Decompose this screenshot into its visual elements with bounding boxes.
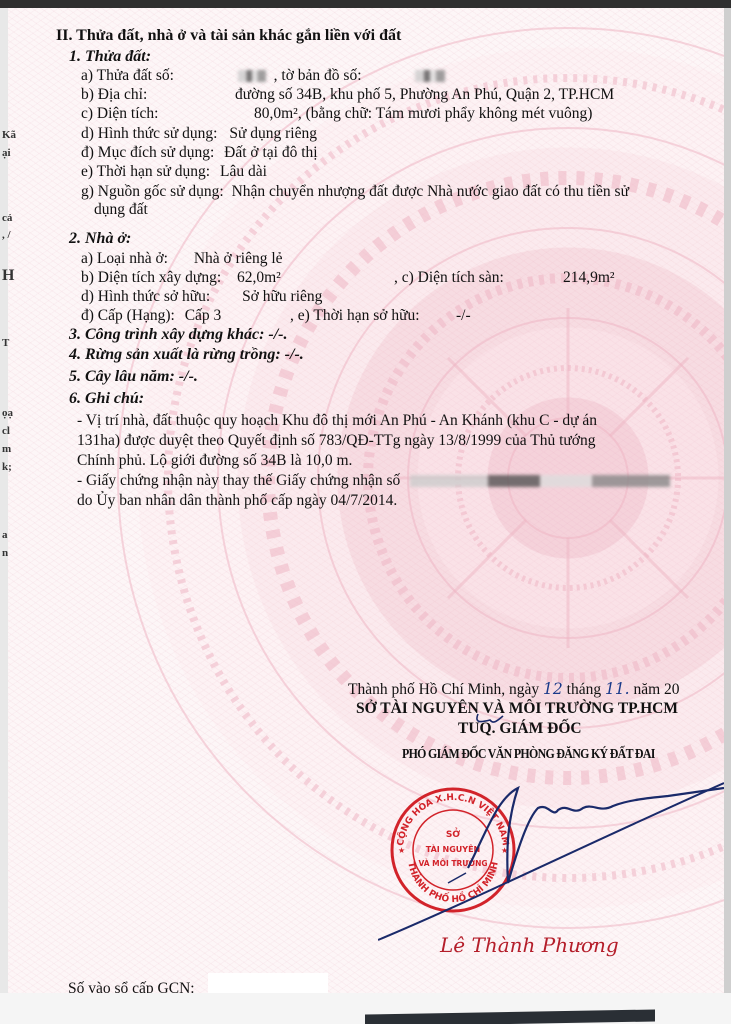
origin-label: g) Nguồn gốc sử dụng: <box>81 183 224 200</box>
other-construction: 3. Công trình xây dựng khác: -/-. <box>69 326 288 344</box>
land-heading: 1. Thửa đất: <box>69 48 151 66</box>
origin-value-continued: dụng đất <box>94 201 148 219</box>
grade-value: Cấp 3 <box>185 307 222 324</box>
map-sheet-redacted <box>415 70 445 82</box>
own-term-value: -/- <box>456 307 471 325</box>
register-number-label: Số vào sổ cấp GCN: <box>68 980 195 993</box>
place-date-line: Thành phố Hồ Chí Minh, ngày 12 tháng 11.… <box>348 680 680 699</box>
area-label: c) Diện tích: <box>81 105 158 122</box>
house-type-value: Nhà ở riêng lẻ <box>194 250 283 267</box>
register-number-redacted <box>208 973 328 993</box>
note1-line1: - Vị trí nhà, đất thuộc quy hoạch Khu đô… <box>77 412 597 430</box>
house-type-row: a) Loại nhà ở: Nhà ở riêng lẻ <box>81 250 283 268</box>
origin-value: Nhận chuyển nhượng đất được Nhà nước gia… <box>232 183 629 200</box>
ownership-value: Sở hữu riêng <box>242 288 322 305</box>
map-sheet-label: , tờ bản đồ số: <box>274 67 362 84</box>
build-area-value: 62,0m² <box>237 269 281 286</box>
place-date-prefix: Thành phố Hồ Chí Minh, ngày <box>348 681 539 698</box>
area-value: 80,0m², (bằng chữ: Tám mươi phẩy không m… <box>254 105 592 123</box>
ownership-label: d) Hình thức sở hữu: <box>81 288 210 305</box>
certificate-number-redacted <box>410 475 670 487</box>
use-form-label: d) Hình thức sử dụng: <box>81 125 218 142</box>
build-area-label: b) Diện tích xây dựng: <box>81 269 221 286</box>
use-purpose-label: đ) Mục đích sử dụng: <box>81 144 214 161</box>
address-value: đường số 34B, khu phố 5, Phường An Phú, … <box>235 86 614 104</box>
use-purpose-value: Đất ở tại đô thị <box>224 144 317 161</box>
use-purpose-row: đ) Mục đích sử dụng: Đất ở tại đô thị <box>81 144 318 162</box>
ownership-row: d) Hình thức sở hữu: Sở hữu riêng <box>81 288 322 306</box>
page-right-shadow <box>724 8 731 1024</box>
address-row: b) Địa chỉ: đường số 34B, khu phố 5, Phư… <box>81 86 147 104</box>
parcel-number-redacted <box>238 70 266 82</box>
perennial-trees: 5. Cây lâu năm: -/-. <box>69 368 198 386</box>
year-label: năm 20 <box>633 681 679 698</box>
month-label: tháng <box>567 681 601 698</box>
use-term-label: e) Thời hạn sử dụng: <box>81 163 210 180</box>
use-term-row: e) Thời hạn sử dụng: Lâu dài <box>81 163 267 181</box>
use-term-value: Lâu dài <box>220 163 267 180</box>
section-title: II. Thửa đất, nhà ở và tài sản khác gắn … <box>56 27 401 45</box>
grade-label: đ) Cấp (Hạng): <box>81 307 175 324</box>
use-form-row: d) Hình thức sử dụng: Sử dụng riêng <box>81 125 317 143</box>
note2-line2: do Ủy ban nhân dân thành phố cấp ngày 04… <box>77 492 397 510</box>
certificate-page: II. Thửa đất, nhà ở và tài sản khác gắn … <box>8 8 724 993</box>
build-area-row: b) Diện tích xây dựng: 62,0m² , c) Diện … <box>81 269 281 287</box>
note2-text: - Giấy chứng nhận này thay thế Giấy chứn… <box>77 472 400 489</box>
floor-area-value: 214,9m² <box>563 269 615 287</box>
note1-line2: 131ha) được duyệt theo Quyết định số 783… <box>77 432 596 450</box>
parcel-number-label: a) Thửa đất số: <box>81 67 174 84</box>
parcel-number-row: a) Thửa đất số: , tờ bản đồ số: <box>81 67 445 85</box>
use-form-value: Sử dụng riêng <box>229 125 317 142</box>
own-term-label: , e) Thời hạn sở hữu: <box>290 307 420 325</box>
handwritten-month: 11. <box>605 680 630 698</box>
address-label: b) Địa chỉ: <box>81 86 147 103</box>
house-heading: 2. Nhà ở: <box>69 230 131 248</box>
note2-line1: - Giấy chứng nhận này thay thế Giấy chứn… <box>77 472 670 490</box>
window-top-bar <box>0 0 731 8</box>
adjacent-page-fragments: Kã ại cả , / H T ọạ cl m k; a n <box>2 8 18 548</box>
production-forest: 4. Rừng sản xuất là rừng trồng: -/-. <box>69 346 304 364</box>
handwritten-signature <box>378 708 724 948</box>
handwritten-day: 12 <box>543 680 563 698</box>
area-row: c) Diện tích: 80,0m², (bằng chữ: Tám mươ… <box>81 105 158 123</box>
signer-name: Lê Thành Phương <box>440 933 619 957</box>
note1-line3: Chính phủ. Lộ giới đường số 34B là 10,0 … <box>77 452 352 470</box>
notes-heading: 6. Ghi chú: <box>69 390 144 408</box>
origin-row: g) Nguồn gốc sử dụng: Nhận chuyển nhượng… <box>81 183 629 201</box>
house-type-label: a) Loại nhà ở: <box>81 250 168 267</box>
floor-area-label: , c) Diện tích sàn: <box>394 269 504 287</box>
grade-row: đ) Cấp (Hạng): Cấp 3 , e) Thời hạn sở hữ… <box>81 307 221 325</box>
